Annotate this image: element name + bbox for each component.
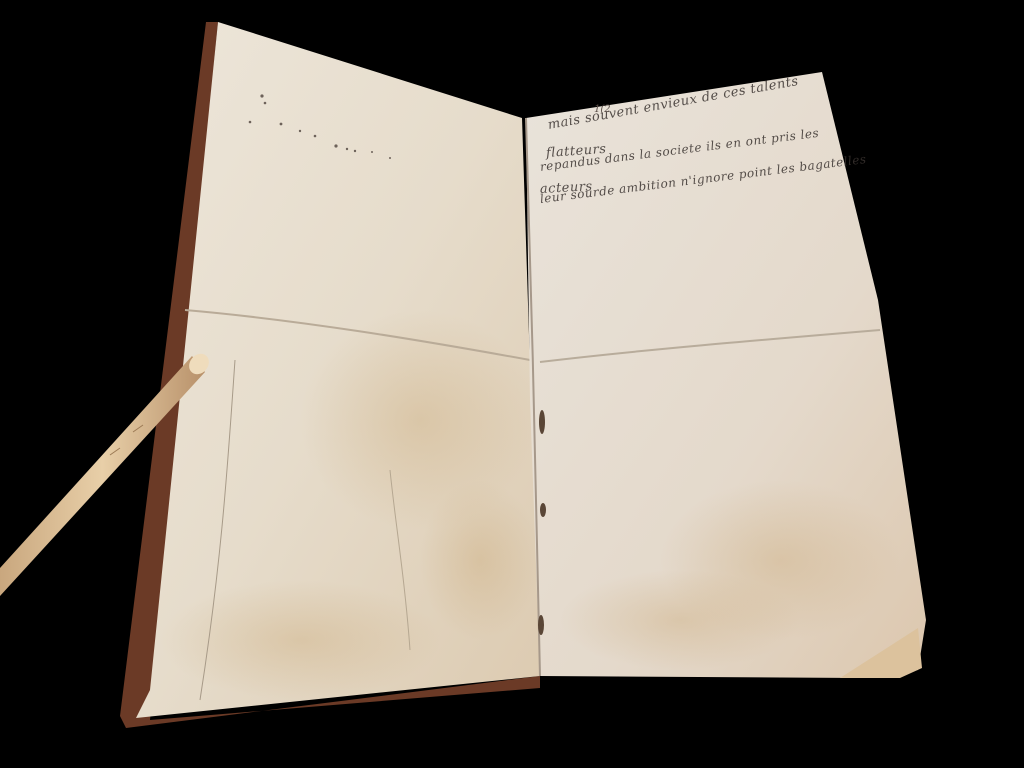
book-photo-scene: 1(2 mais souvent envieux de ces talents … — [0, 0, 1024, 768]
book-illustration — [0, 0, 1024, 768]
